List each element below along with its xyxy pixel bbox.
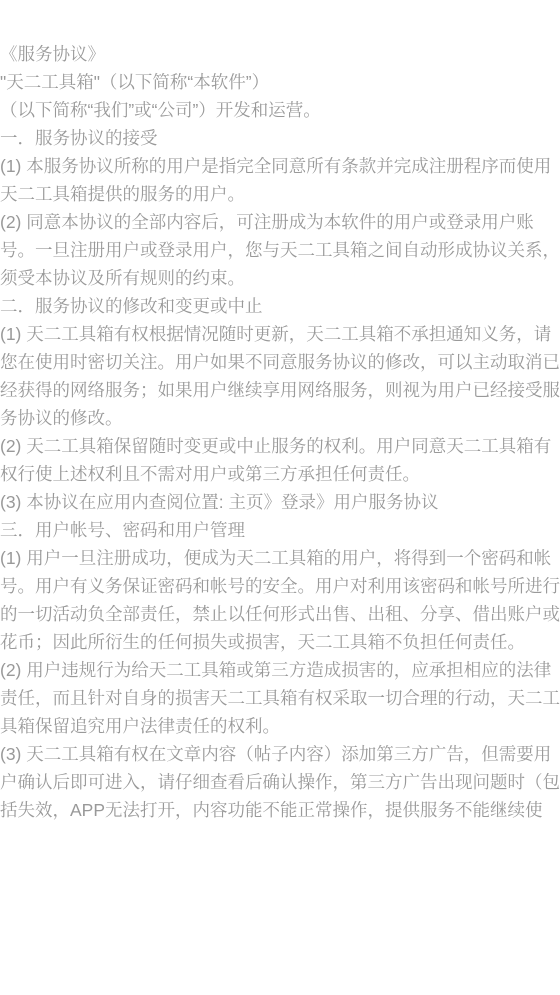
section-3-paragraph-3: (3) 天二工具箱有权在文章内容（帖子内容）添加第三方广告，但需要用户确认后即可…	[0, 740, 560, 824]
section-1-paragraph-1: (1) 本服务协议所称的用户是指完全同意所有条款并完成注册程序而使用天二工具箱提…	[0, 152, 560, 208]
section-2-paragraph-1: (1) 天二工具箱有权根据情况随时更新，天二工具箱不承担通知义务，请您在使用时密…	[0, 320, 560, 432]
section-3-heading: 三．用户帐号、密码和用户管理	[0, 516, 560, 544]
section-2-paragraph-3: (3) 本协议在应用内查阅位置: 主页》登录》用户服务协议	[0, 488, 560, 516]
page-title: 《服务协议》	[0, 40, 560, 68]
section-1-heading: 一．服务协议的接受	[0, 124, 560, 152]
intro-line-2: （以下简称“我们”或“公司”）开发和运营。	[0, 100, 321, 120]
section-1-paragraph-2: (2) 同意本协议的全部内容后，可注册成为本软件的用户或登录用户账号。一旦注册用…	[0, 208, 560, 292]
section-2-heading: 二．服务协议的修改和变更或中止	[0, 292, 560, 320]
section-3-paragraph-1: (1) 用户一旦注册成功，便成为天二工具箱的用户，将得到一个密码和帐号。用户有义…	[0, 544, 560, 656]
agreement-document: 《服务协议》 "天二工具箱"（以下简称“本软件”）（以下简称“我们”或“公司”）…	[0, 0, 560, 995]
section-2-paragraph-2: (2) 天二工具箱保留随时变更或中止服务的权利。用户同意天二工具箱有权行使上述权…	[0, 432, 560, 488]
intro-paragraph: "天二工具箱"（以下简称“本软件”）（以下简称“我们”或“公司”）开发和运营。	[0, 68, 560, 124]
section-3-paragraph-2: (2) 用户违规行为给天二工具箱或第三方造成损害的，应承担相应的法律责任，而且针…	[0, 656, 560, 740]
intro-line-1: "天二工具箱"（以下简称“本软件”）	[0, 72, 269, 92]
